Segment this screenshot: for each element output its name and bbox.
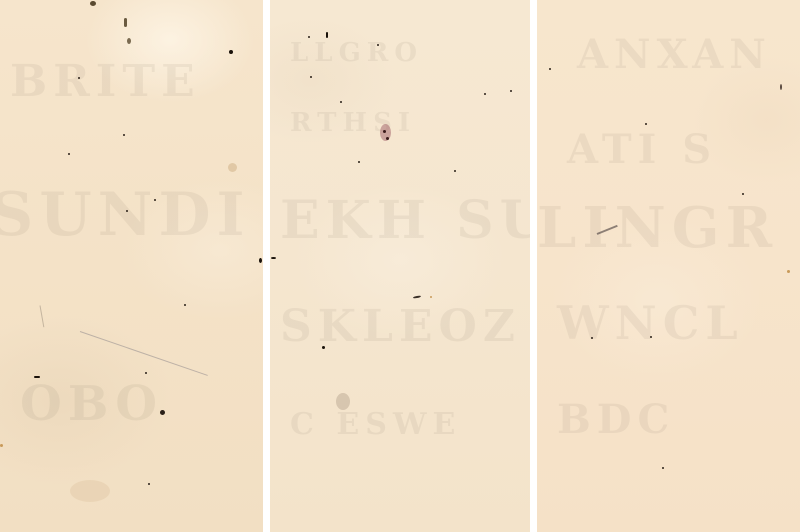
speck <box>650 336 652 338</box>
speck <box>68 153 70 155</box>
speck <box>34 376 40 378</box>
speck <box>377 44 379 46</box>
speck <box>383 130 386 133</box>
paper-panel-left: BRITE SUNDI OBO <box>0 0 263 532</box>
speck <box>787 270 790 273</box>
speck <box>662 467 664 469</box>
speck <box>340 101 342 103</box>
speck <box>271 257 276 259</box>
speck <box>229 50 233 54</box>
speck <box>386 137 389 140</box>
speck <box>510 90 512 92</box>
speck <box>123 134 125 136</box>
speck <box>184 304 186 306</box>
ghost-showthrough-text: BRITE SUNDI OBO <box>0 0 263 532</box>
speck <box>358 161 360 163</box>
speck <box>549 68 551 70</box>
ghost-showthrough-text: ANXAN ATI S LINGR WNCL BDC <box>537 0 800 532</box>
speck <box>430 296 432 298</box>
speck <box>308 36 310 38</box>
stain <box>336 393 350 410</box>
speck <box>742 193 744 195</box>
paper-panel-middle: LLGRO RTHSI EKH SU SKLEOZ C ESWE <box>270 0 530 532</box>
speck <box>0 444 3 447</box>
speck <box>126 210 128 212</box>
speck <box>326 32 328 38</box>
speck <box>148 483 150 485</box>
ghost-showthrough-text: LLGRO RTHSI EKH SU SKLEOZ C ESWE <box>270 0 530 532</box>
speck <box>259 258 262 263</box>
stain <box>70 480 110 502</box>
speck <box>78 77 80 79</box>
speck <box>160 410 165 415</box>
speck <box>145 372 147 374</box>
speck <box>322 346 325 349</box>
speck <box>124 18 127 27</box>
speck <box>127 38 131 44</box>
speck <box>454 170 456 172</box>
speck <box>484 93 486 95</box>
paper-texture-collage: BRITE SUNDI OBO LLGRO RTHSI EKH SU <box>0 0 800 532</box>
speck <box>645 123 647 125</box>
speck <box>90 1 96 6</box>
speck <box>591 337 593 339</box>
divider-2 <box>530 0 537 532</box>
stain <box>228 163 237 172</box>
paper-panel-right: ANXAN ATI S LINGR WNCL BDC <box>537 0 800 532</box>
divider-1 <box>263 0 270 532</box>
speck <box>780 84 782 90</box>
speck <box>310 76 312 78</box>
speck <box>154 199 156 201</box>
